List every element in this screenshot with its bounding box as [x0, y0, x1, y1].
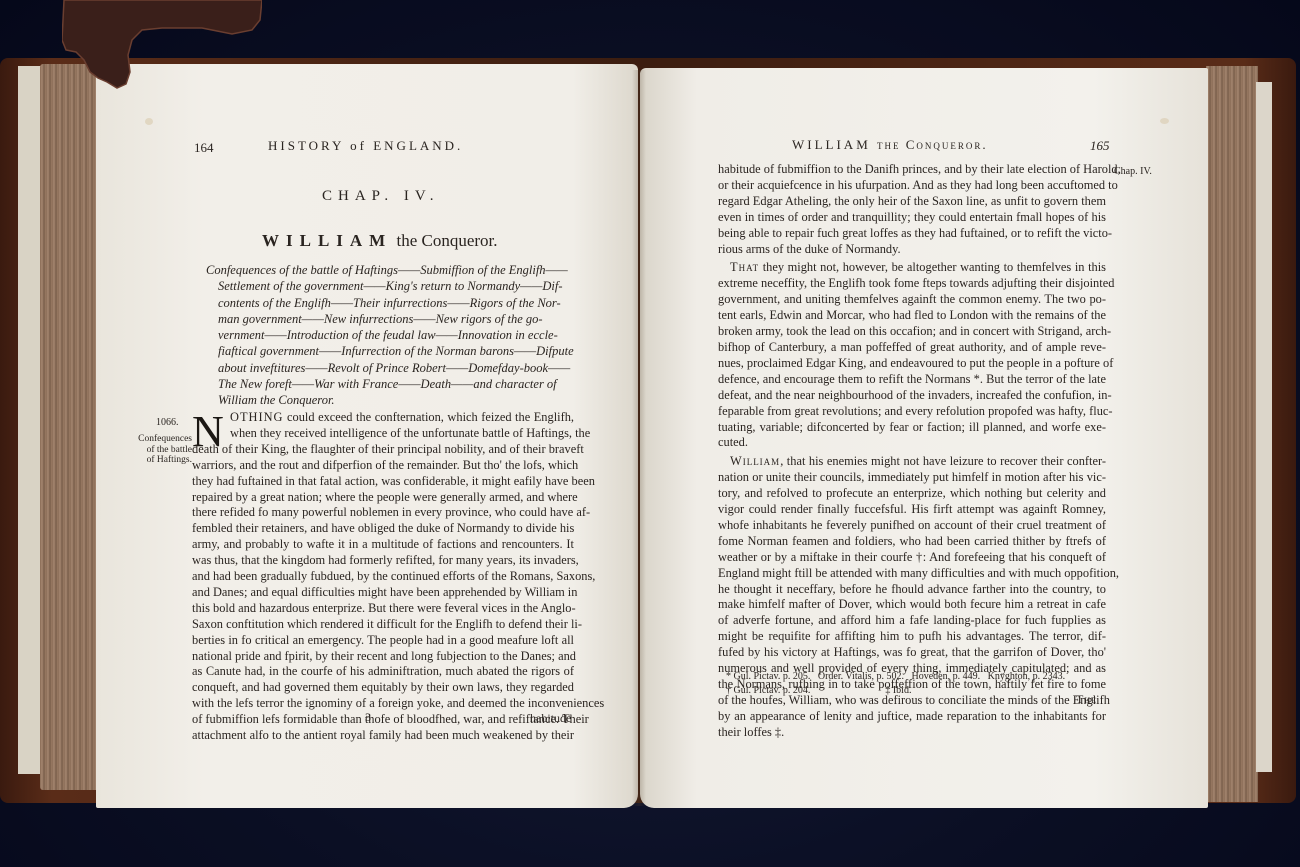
footnotes: * Gul. Pictav. p. 205. Order. Vitalis, p… — [726, 670, 1065, 698]
body-line: fome Norman feamen and foldiers, who had… — [718, 534, 1106, 550]
body-line: regard Edgar Atheling, the only heir of … — [718, 194, 1106, 210]
body-line: as Canute had, in the courfe of his admi… — [192, 664, 574, 680]
argument-line: contents of the Englifh——Their infurrect… — [206, 295, 576, 311]
body-line: make himfelf mafter of Dover, which woul… — [718, 597, 1106, 613]
body-line: or their acquiefcence in his ufurpation.… — [718, 178, 1106, 194]
right-flyleaf — [1256, 82, 1272, 772]
body-line: defence, and encourage them to refift th… — [718, 372, 1106, 388]
body-line: might be requifite for affifting him to … — [718, 629, 1106, 645]
body-line: with the lefs terror the ignominy of a f… — [192, 696, 574, 712]
paragraph-lead: That — [730, 260, 759, 274]
body-line: was thus, that the kingdom had formerly … — [192, 553, 574, 569]
body-line: of adverfe fortune, and afford him a faf… — [718, 613, 1106, 629]
left-flyleaf — [18, 66, 42, 774]
left-first-line: OTHING could exceed the confternation, w… — [230, 410, 574, 442]
body-line: national pride and fpirit, by their rece… — [192, 649, 574, 665]
body-line: they had fuftained in that fatal action,… — [192, 474, 574, 490]
body-line: tuating, variable; difconcerted by fear … — [718, 420, 1106, 436]
right-page-edges — [1206, 66, 1258, 802]
argument-line: fiaftical government——Infurrection of th… — [206, 343, 576, 359]
body-line-text: they might not, however, be altogether w… — [759, 260, 1106, 274]
year-marginal-note: 1066. — [156, 417, 179, 428]
chapter-argument: Confequences of the battle of Haftings——… — [206, 262, 576, 409]
body-line: their loffes ‡. — [718, 725, 1106, 741]
footnote: * Gul. Pictav. p. 205. Order. Vitalis, p… — [726, 670, 1065, 684]
body-line: even in times of order and tranquillity;… — [718, 210, 1106, 226]
left-page-edges — [40, 64, 102, 790]
chapter-heading: CHAP. IV. — [322, 188, 440, 205]
body-line: tent earls, Edwin and Morcar, who had fl… — [718, 308, 1106, 324]
side-note-line: Confequences — [136, 434, 192, 445]
body-line: weather or by a miftake in their courfe … — [718, 550, 1106, 566]
chapter-title-epithet: the Conqueror. — [392, 231, 497, 250]
signature-mark: 3 — [365, 710, 371, 725]
metal-clasp-icon — [62, 0, 262, 90]
paper-stain — [1160, 118, 1169, 124]
footnote: † Gul. Pictav. p. 204. ‡ Ibid. — [726, 684, 1065, 698]
body-line: government, and uniting themfelves again… — [718, 292, 1106, 308]
argument-line: man government——New infurrections——New r… — [206, 311, 576, 327]
body-line: nation or unite their councils, immediat… — [718, 470, 1106, 486]
body-line: extreme neceffity, the Englifh took fome… — [718, 276, 1106, 292]
left-running-head: HISTORY of ENGLAND. — [268, 138, 463, 154]
argument-line: Settlement of the government——King's ret… — [206, 278, 576, 294]
right-body-text: habitude of fubmiffion to the Danifh pri… — [718, 162, 1106, 741]
body-line: broken army, took the lead on this occaf… — [718, 324, 1106, 340]
body-line: feparable from great revolutions; and ev… — [718, 404, 1106, 420]
body-line: army, and probably to wafte it in a mult… — [192, 537, 574, 553]
paragraph-lead: William — [730, 454, 780, 468]
argument-line: vernment——Introduction of the feudal law… — [206, 327, 576, 343]
left-catchword: habitude — [530, 711, 571, 726]
body-line-text: , that his enemies might not have leizur… — [780, 454, 1106, 468]
body-line: cuted. — [718, 435, 1106, 451]
argument-line: The New foreft——War with France——Death——… — [206, 376, 576, 392]
right-catchword: The — [1076, 692, 1097, 707]
body-line: repaired by a great nation; where the pe… — [192, 490, 574, 506]
paper-stain — [145, 118, 153, 125]
body-line: this bold and hazardous enterprize. But … — [192, 601, 574, 617]
body-line: nues, proclaimed Edgar King, and endeavo… — [718, 356, 1106, 372]
body-line: warriors, and the rout and difperfion of… — [192, 458, 574, 474]
side-note: Confequences of the battle of Haftings. — [136, 434, 192, 466]
argument-line: William the Conqueror. — [206, 392, 576, 408]
left-folio: 164 — [194, 140, 214, 156]
book-gutter — [632, 70, 646, 806]
chapter-title: WILLIAM the Conqueror. — [262, 231, 498, 251]
body-line: fembled their retainers, and have oblige… — [192, 521, 574, 537]
body-line: there refided fo many powerful noblemen … — [192, 505, 574, 521]
left-body-text: death of their King, the flaughter of th… — [192, 442, 574, 744]
side-note-line: of the battle — [136, 445, 192, 456]
body-line: when they received intelligence of the u… — [230, 426, 574, 442]
paragraph-opening-line: William, that his enemies might not have… — [718, 454, 1106, 470]
body-line: by an appearance of lenity and juftice, … — [718, 709, 1106, 725]
body-line: death of their King, the flaughter of th… — [192, 442, 574, 458]
body-line: defeat, and the near neighbourhood of th… — [718, 388, 1106, 404]
opening-small-caps: OTHING — [230, 410, 284, 424]
body-line: conqueft, and had governed them equitabl… — [192, 680, 574, 696]
body-line: tory, and refolved to profecute an enter… — [718, 486, 1106, 502]
body-line: OTHING could exceed the confternation, w… — [230, 410, 574, 426]
body-line: being able to repair fuch great loffes a… — [718, 226, 1106, 242]
body-line: vigor could render finally fuccefsful. H… — [718, 502, 1106, 518]
body-line: whofe inhabitants he feverely punifhed o… — [718, 518, 1106, 534]
running-head-name: WILLIAM — [792, 137, 871, 152]
body-line: and Danes; and equal difficulties might … — [192, 585, 574, 601]
chapter-title-name: WILLIAM — [262, 231, 392, 250]
side-note-line: of Haftings. — [136, 455, 192, 466]
body-line: rious arms of the duke of Normandy. — [718, 242, 1106, 258]
body-line: of fubmiffion lefs formidable than thofe… — [192, 712, 574, 728]
running-head-epithet: the Conqueror. — [877, 137, 988, 152]
right-folio: 165 — [1090, 138, 1110, 154]
right-running-head: WILLIAM the Conqueror. — [792, 137, 988, 153]
body-line: fufed by his victory at Haftings, was fo… — [718, 645, 1106, 661]
body-line: England might ftill be attended with man… — [718, 566, 1106, 582]
paragraph-opening-line: That they might not, however, be altoget… — [718, 260, 1106, 276]
body-line: habitude of fubmiffion to the Danifh pri… — [718, 162, 1106, 178]
body-line: Saxon conftitution which rendered it dif… — [192, 617, 574, 633]
body-line: and had been gradually fubdued, by the c… — [192, 569, 574, 585]
body-line-text: could exceed the confternation, which fe… — [284, 410, 575, 424]
argument-line: Confequences of the battle of Haftings——… — [206, 262, 576, 278]
argument-line: about inveftitures——Revolt of Prince Rob… — [206, 360, 576, 376]
body-line: berties in fo critical an emergency. The… — [192, 633, 574, 649]
body-line: he thought it neceffary, before he fhoul… — [718, 582, 1106, 598]
body-line: bifhop of Canterbury, a man poffeffed of… — [718, 340, 1106, 356]
body-line: attachment alfo to the antient royal fam… — [192, 728, 574, 744]
